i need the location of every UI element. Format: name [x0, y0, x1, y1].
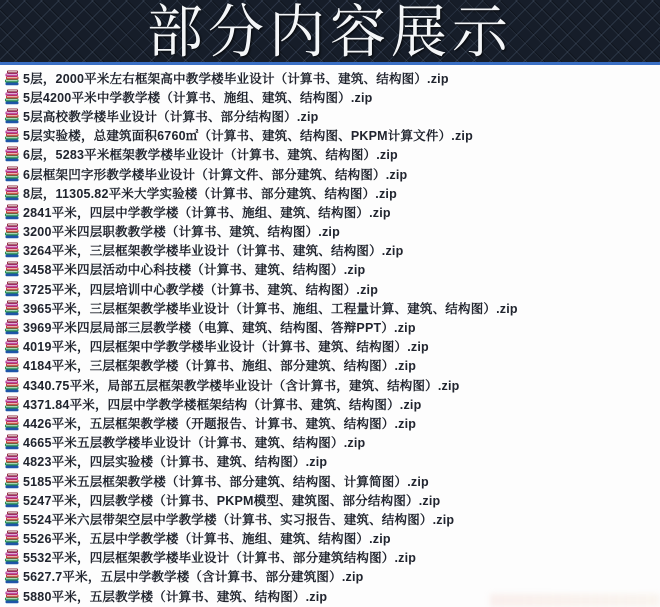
file-item[interactable]: 3458平米四层活动中心科技楼（计算书、建筑、结构图）.zip: [4, 260, 660, 279]
winrar-archive-icon: [4, 223, 20, 239]
file-name: 2841平米，四层中学教学楼（计算书、施组、建筑、结构图）.zip: [23, 203, 391, 221]
file-item[interactable]: 4823平米，四层实验楼（计算书、建筑、结构图）.zip: [4, 452, 660, 471]
winrar-archive-icon: [4, 549, 20, 565]
file-name: 6层框架凹字形教学楼毕业设计（计算文件、部分建筑、结构图）.zip: [23, 165, 407, 183]
file-item[interactable]: 5524平米六层带架空层中学教学楼（计算书、实习报告、建筑、结构图）.zip: [4, 509, 660, 528]
file-name: 4019平米，四层框架中学教学楼毕业设计（计算书、建筑、结构图）.zip: [23, 337, 429, 355]
file-name: 3965平米，三层框架教学楼毕业设计（计算书、施组、工程量计算、建筑、结构图）.…: [23, 299, 518, 317]
file-name: 3264平米，三层框架教学楼毕业设计（计算书、建筑、结构图）.zip: [23, 241, 403, 259]
file-name: 5526平米，五层中学教学楼（计算书、施组、建筑、结构图）.zip: [23, 529, 391, 547]
file-item[interactable]: 3965平米，三层框架教学楼毕业设计（计算书、施组、工程量计算、建筑、结构图）.…: [4, 298, 660, 317]
winrar-archive-icon: [4, 89, 20, 105]
file-item[interactable]: 5532平米，四层框架教学楼毕业设计（计算书、部分建筑结构图）.zip: [4, 548, 660, 567]
winrar-archive-icon: [4, 415, 20, 431]
file-name: 4823平米，四层实验楼（计算书、建筑、结构图）.zip: [23, 452, 327, 470]
file-item[interactable]: 8层，11305.82平米大学实验楼（计算书、部分建筑、结构图）.zip: [4, 183, 660, 202]
file-item[interactable]: 3264平米，三层框架教学楼毕业设计（计算书、建筑、结构图）.zip: [4, 241, 660, 260]
file-item[interactable]: 4426平米，五层框架教学楼（开题报告、计算书、建筑、结构图）.zip: [4, 413, 660, 432]
file-name: 5247平米，四层教学楼（计算书、PKPM模型、建筑图、部分结构图）.zip: [23, 491, 440, 509]
file-item[interactable]: 2841平米，四层中学教学楼（计算书、施组、建筑、结构图）.zip: [4, 202, 660, 221]
winrar-archive-icon: [4, 127, 20, 143]
file-item[interactable]: 3725平米，四层培训中心教学楼（计算书、建筑、结构图）.zip: [4, 279, 660, 298]
winrar-archive-icon: [4, 242, 20, 258]
winrar-archive-icon: [4, 396, 20, 412]
file-name: 5880平米，五层教学楼（计算书、建筑、结构图）.zip: [23, 587, 327, 605]
winrar-archive-icon: [4, 530, 20, 546]
file-item[interactable]: 5层实验楼，总建筑面积6760㎡（计算书、建筑、结构图、PKPM计算文件）.zi…: [4, 126, 660, 145]
file-name: 4426平米，五层框架教学楼（开题报告、计算书、建筑、结构图）.zip: [23, 414, 416, 432]
winrar-archive-icon: [4, 377, 20, 393]
winrar-archive-icon: [4, 146, 20, 162]
file-item[interactable]: 5627.7平米，五层中学教学楼（含计算书、部分建筑图）.zip: [4, 567, 660, 586]
file-name: 4184平米，三层框架教学楼（计算书、施组、部分建筑、结构图）.zip: [23, 356, 416, 374]
file-name: 5185平米五层框架教学楼（计算书、部分建筑、结构图、计算简图）.zip: [23, 472, 429, 490]
file-item[interactable]: 3200平米四层职教教学楼（计算书、建筑、结构图）.zip: [4, 222, 660, 241]
file-item[interactable]: 6层，5283平米框架教学楼毕业设计（计算书、建筑、结构图）.zip: [4, 145, 660, 164]
banner: 部分内容展示: [0, 0, 660, 65]
file-item[interactable]: 5247平米，四层教学楼（计算书、PKPM模型、建筑图、部分结构图）.zip: [4, 490, 660, 509]
winrar-archive-icon: [4, 319, 20, 335]
winrar-archive-icon: [4, 453, 20, 469]
file-name: 3200平米四层职教教学楼（计算书、建筑、结构图）.zip: [23, 222, 340, 240]
winrar-archive-icon: [4, 300, 20, 316]
file-name: 4371.84平米，四层中学教学楼框架结构（计算书、建筑、结构图）.zip: [23, 395, 421, 413]
winrar-archive-icon: [4, 434, 20, 450]
file-name: 5524平米六层带架空层中学教学楼（计算书、实习报告、建筑、结构图）.zip: [23, 510, 454, 528]
file-list: 5层，2000平米左右框架高中教学楼毕业设计（计算书、建筑、结构图）.zip 5…: [0, 65, 660, 605]
file-item[interactable]: 4019平米，四层框架中学教学楼毕业设计（计算书、建筑、结构图）.zip: [4, 337, 660, 356]
file-name: 5层4200平米中学教学楼（计算书、施组、建筑、结构图）.zip: [23, 88, 373, 106]
file-item[interactable]: 5185平米五层框架教学楼（计算书、部分建筑、结构图、计算简图）.zip: [4, 471, 660, 490]
winrar-archive-icon: [4, 357, 20, 373]
winrar-archive-icon: [4, 588, 20, 604]
file-name: 5532平米，四层框架教学楼毕业设计（计算书、部分建筑结构图）.zip: [23, 548, 416, 566]
file-name: 4665平米五层教学楼毕业设计（计算书、建筑、结构图）.zip: [23, 433, 365, 451]
file-name: 5627.7平米，五层中学教学楼（含计算书、部分建筑图）.zip: [23, 567, 363, 585]
file-name: 3725平米，四层培训中心教学楼（计算书、建筑、结构图）.zip: [23, 280, 378, 298]
file-item[interactable]: 4665平米五层教学楼毕业设计（计算书、建筑、结构图）.zip: [4, 433, 660, 452]
winrar-archive-icon: [4, 568, 20, 584]
winrar-archive-icon: [4, 281, 20, 297]
winrar-archive-icon: [4, 108, 20, 124]
file-name: 5层，2000平米左右框架高中教学楼毕业设计（计算书、建筑、结构图）.zip: [23, 69, 449, 87]
winrar-archive-icon: [4, 185, 20, 201]
file-name: 4340.75平米，局部五层框架教学楼毕业设计（含计算书，建筑、结构图）.zip: [23, 376, 460, 394]
file-item[interactable]: 6层框架凹字形教学楼毕业设计（计算文件、部分建筑、结构图）.zip: [4, 164, 660, 183]
winrar-archive-icon: [4, 338, 20, 354]
file-item[interactable]: 5880平米，五层教学楼（计算书、建筑、结构图）.zip: [4, 586, 660, 605]
winrar-archive-icon: [4, 511, 20, 527]
file-item[interactable]: 5层高校教学楼毕业设计（计算书、部分结构图）.zip: [4, 106, 660, 125]
winrar-archive-icon: [4, 70, 20, 86]
file-item[interactable]: 4371.84平米，四层中学教学楼框架结构（计算书、建筑、结构图）.zip: [4, 394, 660, 413]
file-item[interactable]: 5526平米，五层中学教学楼（计算书、施组、建筑、结构图）.zip: [4, 529, 660, 548]
file-name: 6层，5283平米框架教学楼毕业设计（计算书、建筑、结构图）.zip: [23, 145, 398, 163]
file-name: 3969平米四层局部三层教学楼（电算、建筑、结构图、答辩PPT）.zip: [23, 318, 416, 336]
file-item[interactable]: 4340.75平米，局部五层框架教学楼毕业设计（含计算书，建筑、结构图）.zip: [4, 375, 660, 394]
file-item[interactable]: 5层，2000平米左右框架高中教学楼毕业设计（计算书、建筑、结构图）.zip: [4, 68, 660, 87]
file-name: 5层实验楼，总建筑面积6760㎡（计算书、建筑、结构图、PKPM计算文件）.zi…: [23, 126, 473, 144]
winrar-archive-icon: [4, 261, 20, 277]
winrar-archive-icon: [4, 473, 20, 489]
file-name: 8层，11305.82平米大学实验楼（计算书、部分建筑、结构图）.zip: [23, 184, 397, 202]
file-name: 5层高校教学楼毕业设计（计算书、部分结构图）.zip: [23, 107, 318, 125]
winrar-archive-icon: [4, 492, 20, 508]
file-name: 3458平米四层活动中心科技楼（计算书、建筑、结构图）.zip: [23, 260, 365, 278]
banner-title: 部分内容展示: [0, 0, 660, 65]
file-item[interactable]: 4184平米，三层框架教学楼（计算书、施组、部分建筑、结构图）.zip: [4, 356, 660, 375]
winrar-archive-icon: [4, 204, 20, 220]
winrar-archive-icon: [4, 166, 20, 182]
file-item[interactable]: 3969平米四层局部三层教学楼（电算、建筑、结构图、答辩PPT）.zip: [4, 317, 660, 336]
file-item[interactable]: 5层4200平米中学教学楼（计算书、施组、建筑、结构图）.zip: [4, 87, 660, 106]
